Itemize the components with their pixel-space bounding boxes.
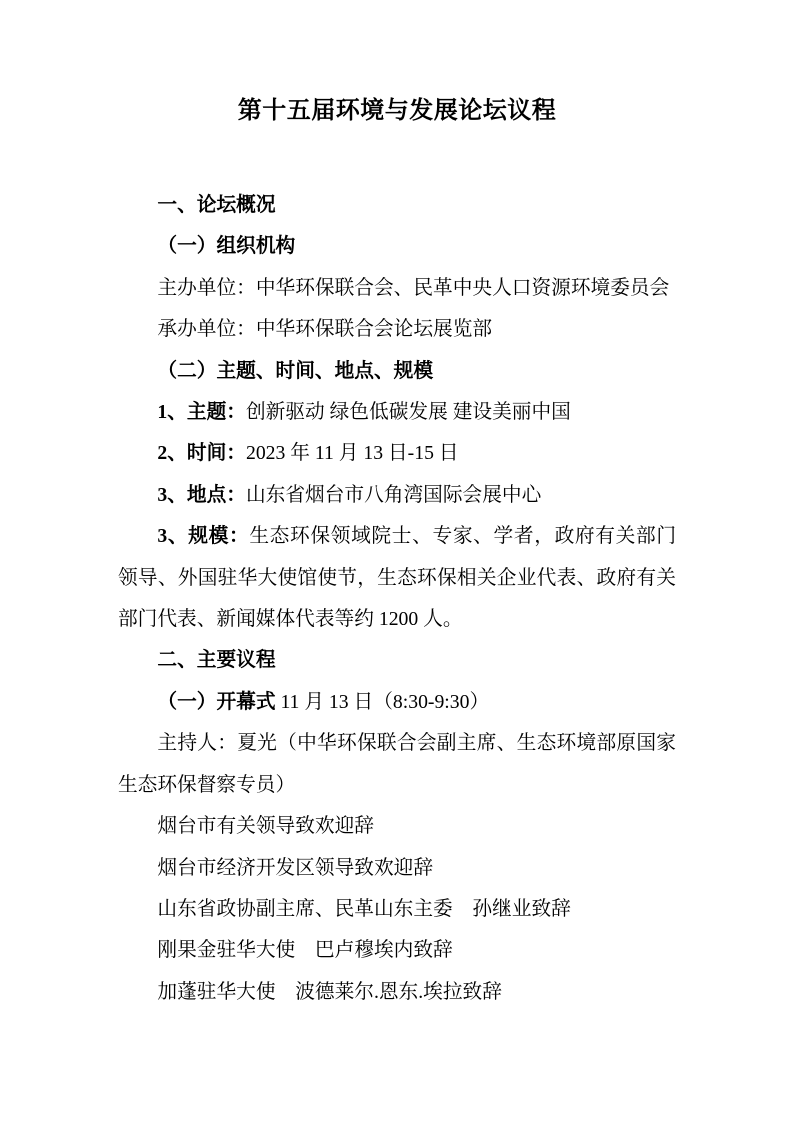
location-item-label: 3、地点：: [157, 484, 246, 506]
document-page: 第十五届环境与发展论坛议程 一、论坛概况 （一）组织机构 主办单位：中华环保联合…: [0, 0, 794, 1123]
speech-congo-ambassador-text: 刚果金驻华大使 巴卢穆埃内致辞: [157, 939, 452, 961]
organizer-unit-line: 承办单位：中华环保联合会论坛展览部: [118, 309, 676, 350]
opening-ceremony-label: （一）开幕式: [157, 691, 275, 713]
welcome-speech-line-1: 烟台市有关领导致欢迎辞: [118, 806, 676, 847]
location-item: 3、地点：山东省烟台市八角湾国际会展中心: [118, 475, 676, 516]
section-2-heading: 二、主要议程: [118, 640, 676, 681]
moderator-line: 主持人：夏光（中华环保联合会副主席、生态环境部原国家生态环保督察专员）: [118, 723, 676, 806]
organizer-unit-text: 承办单位：中华环保联合会论坛展览部: [157, 318, 492, 340]
section-1-heading: 一、论坛概况: [118, 185, 676, 226]
scale-item: 3、规模：生态环保领域院士、专家、学者，政府有关部门领导、外国驻华大使馆使节，生…: [118, 516, 676, 640]
welcome-speech-1-text: 烟台市有关领导致欢迎辞: [157, 815, 374, 837]
time-item: 2、时间：2023 年 11 月 13 日-15 日: [118, 433, 676, 474]
welcome-speech-2-text: 烟台市经济开发区领导致欢迎辞: [157, 857, 433, 879]
moderator-text: 主持人：夏光（中华环保联合会副主席、生态环境部原国家生态环保督察专员）: [118, 732, 676, 795]
document-content: 第十五届环境与发展论坛议程 一、论坛概况 （一）组织机构 主办单位：中华环保联合…: [118, 90, 676, 1013]
speech-gabon-ambassador-text: 加蓬驻华大使 波德莱尔.恩东.埃拉致辞: [157, 981, 502, 1003]
document-title: 第十五届环境与发展论坛议程: [118, 90, 676, 132]
opening-ceremony-time: 11 月 13 日（8:30-9:30）: [276, 691, 490, 713]
section-1-heading-text: 一、论坛概况: [157, 194, 275, 216]
section-2-heading-text: 二、主要议程: [157, 649, 275, 671]
opening-ceremony-heading: （一）开幕式 11 月 13 日（8:30-9:30）: [118, 682, 676, 723]
subsection-1-2-heading-text: （二）主题、时间、地点、规模: [157, 360, 433, 382]
theme-item: 1、主题：创新驱动 绿色低碳发展 建设美丽中国: [118, 392, 676, 433]
time-item-value: 2023 年 11 月 13 日-15 日: [246, 442, 459, 464]
subsection-1-1-heading-text: （一）组织机构: [157, 235, 295, 257]
scale-item-label: 3、规模：: [157, 525, 249, 547]
speech-line-sun-jiye: 山东省政协副主席、民革山东主委 孙继业致辞: [118, 889, 676, 930]
welcome-speech-line-2: 烟台市经济开发区领导致欢迎辞: [118, 848, 676, 889]
host-unit-line: 主办单位：中华环保联合会、民革中央人口资源环境委员会: [118, 268, 676, 309]
time-item-label: 2、时间：: [157, 442, 246, 464]
speech-line-congo-ambassador: 刚果金驻华大使 巴卢穆埃内致辞: [118, 930, 676, 971]
location-item-value: 山东省烟台市八角湾国际会展中心: [246, 484, 541, 506]
subsection-1-1-heading: （一）组织机构: [118, 226, 676, 267]
host-unit-text: 主办单位：中华环保联合会、民革中央人口资源环境委员会: [157, 277, 669, 299]
theme-item-label: 1、主题：: [157, 401, 246, 423]
speech-line-gabon-ambassador: 加蓬驻华大使 波德莱尔.恩东.埃拉致辞: [118, 972, 676, 1013]
theme-item-value: 创新驱动 绿色低碳发展 建设美丽中国: [246, 401, 571, 423]
subsection-1-2-heading: （二）主题、时间、地点、规模: [118, 351, 676, 392]
speech-sun-jiye-text: 山东省政协副主席、民革山东主委 孙继业致辞: [157, 898, 570, 920]
